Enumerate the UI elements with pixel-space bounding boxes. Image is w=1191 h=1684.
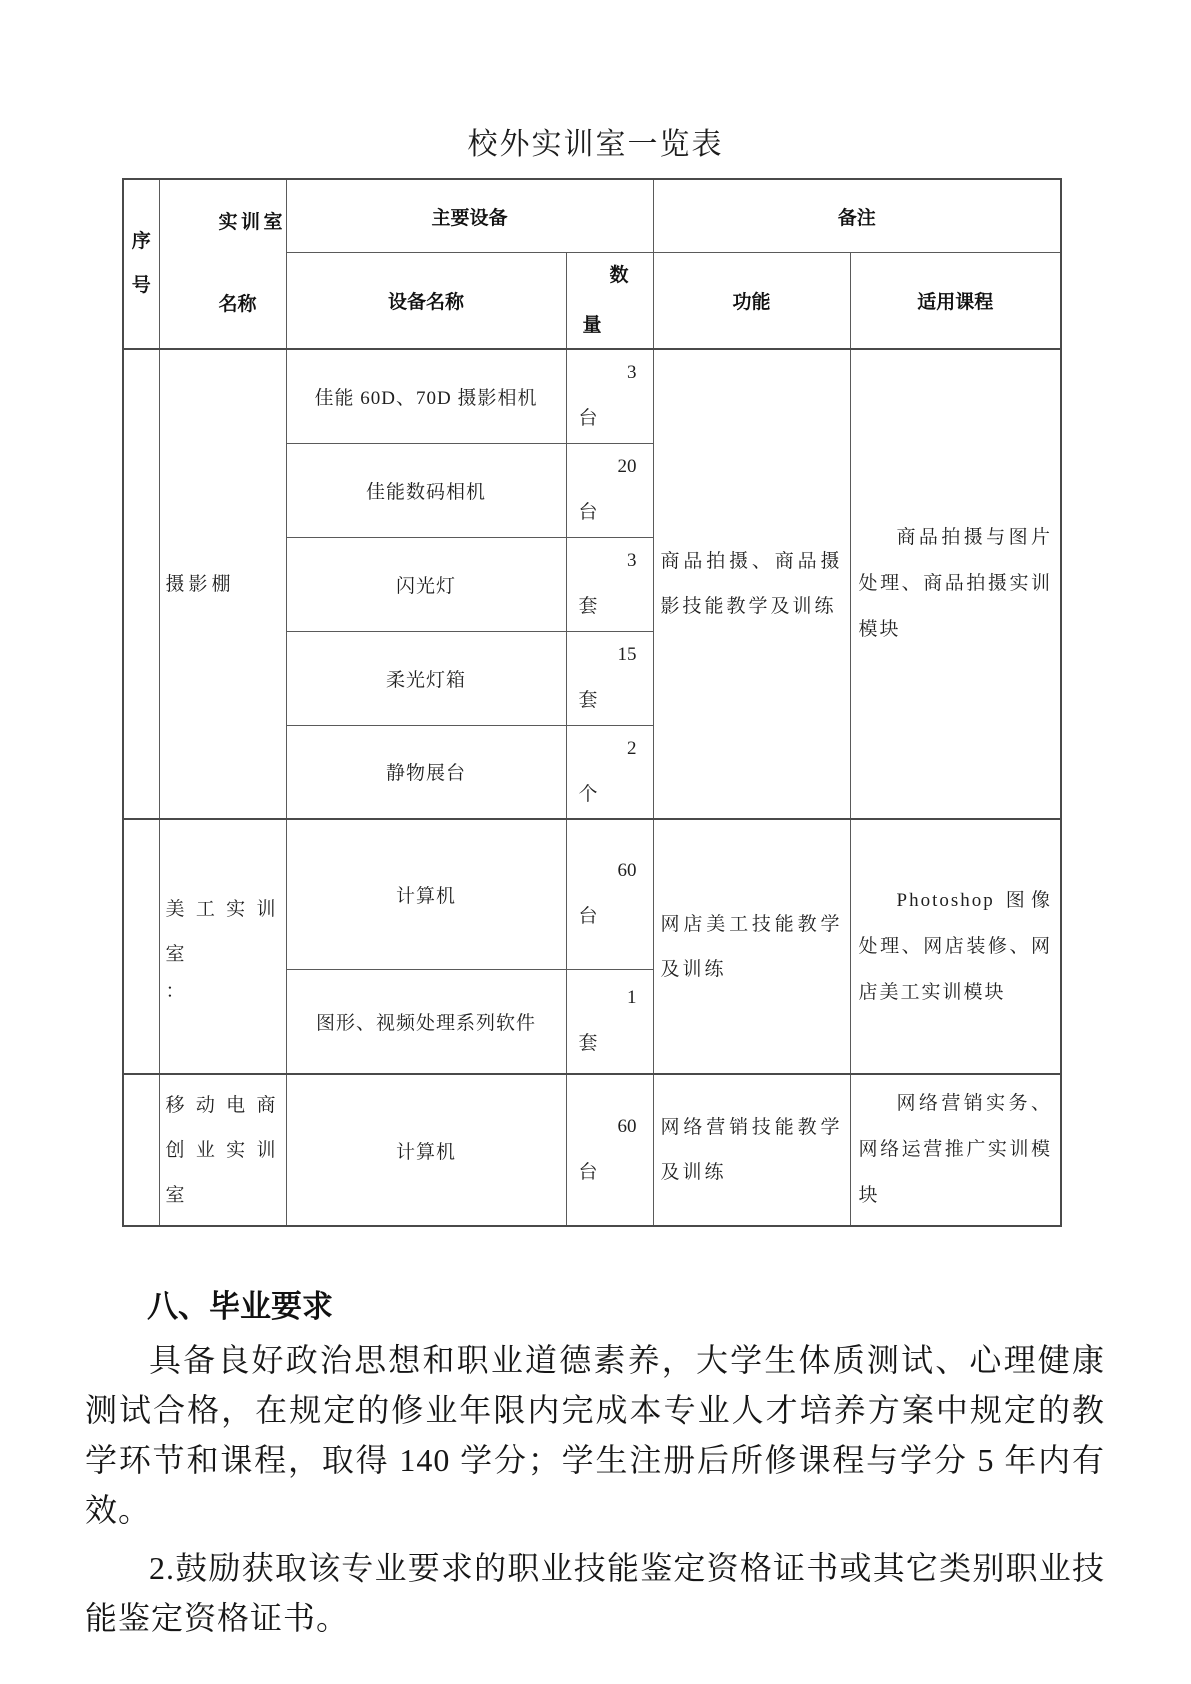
- quantity-cell: 60台: [566, 1074, 653, 1226]
- header-cell-remark: 备注: [653, 179, 1061, 253]
- quantity-number: 20: [567, 457, 653, 477]
- table-title: 校外实训室一览表: [0, 0, 1191, 162]
- document-page: 校外实训室一览表 序号 实训室名称 主要设备 备注 设备名称 数 量 功能 适用…: [0, 0, 1191, 1684]
- equipment-name-cell: 佳能 60D、70D 摄影相机: [286, 349, 566, 443]
- equipment-name-cell: 计算机: [286, 819, 566, 969]
- quantity-cell: 15套: [566, 631, 653, 725]
- body-paragraph-1: 具备良好政治思想和职业道德素养，大学生体质测试、心理健康测试合格，在规定的修业年…: [85, 1335, 1105, 1535]
- header-cell-applicable-courses: 适用课程: [850, 253, 1061, 349]
- table-row: 美工实训室： 计算机 60台 网店美工技能教学及训练 Photoshop 图像处…: [123, 819, 1061, 969]
- equipment-name-cell: 图形、视频处理系列软件: [286, 969, 566, 1074]
- body-paragraph-2: 2.鼓励获取该专业要求的职业技能鉴定资格证书或其它类别职业技能鉴定资格证书。: [85, 1543, 1105, 1643]
- index-cell: [123, 1074, 159, 1226]
- room-name: 美工实训室: [166, 899, 280, 965]
- equipment-name-cell: 计算机: [286, 1074, 566, 1226]
- quantity-unit: 台: [567, 503, 653, 523]
- table-row: 摄影棚 佳能 60D、70D 摄影相机 3台 商品拍摄、商品摄影技能教学及训练 …: [123, 349, 1061, 443]
- table-header-row-1: 序号 实训室名称 主要设备 备注: [123, 179, 1061, 253]
- quantity-number: 3: [567, 551, 653, 571]
- quantity-unit: 台: [567, 1163, 653, 1183]
- quantity-number: 3: [567, 363, 653, 383]
- quantity-cell: 2个: [566, 725, 653, 819]
- quantity-cell: 1套: [566, 969, 653, 1074]
- header-index-label: 序号: [129, 220, 153, 308]
- header-quantity-char-2: 量: [567, 315, 653, 337]
- quantity-unit: 套: [567, 1034, 653, 1054]
- header-cell-quantity: 数 量: [566, 253, 653, 349]
- room-name-cell: 摄影棚: [159, 349, 286, 819]
- quantity-number: 60: [567, 861, 653, 881]
- function-cell: 网店美工技能教学及训练: [653, 819, 850, 1074]
- quantity-cell: 20台: [566, 443, 653, 537]
- room-name-suffix: ：: [166, 977, 280, 1007]
- equipment-name-cell: 闪光灯: [286, 537, 566, 631]
- equipment-name-cell: 静物展台: [286, 725, 566, 819]
- room-name-cell: 美工实训室：: [159, 819, 286, 1074]
- header-cell-function: 功能: [653, 253, 850, 349]
- quantity-cell: 3台: [566, 349, 653, 443]
- header-quantity-char-1: 数: [567, 265, 653, 287]
- header-cell-room-name: 实训室名称: [159, 179, 286, 349]
- courses-cell: Photoshop 图像处理、网店装修、网店美工实训模块: [850, 819, 1061, 1074]
- quantity-number: 60: [567, 1117, 653, 1137]
- header-cell-equipment-name: 设备名称: [286, 253, 566, 349]
- quantity-number: 15: [567, 645, 653, 665]
- quantity-unit: 台: [567, 907, 653, 927]
- quantity-number: 1: [567, 988, 653, 1008]
- quantity-unit: 套: [567, 597, 653, 617]
- section-heading: 八、毕业要求: [85, 1287, 1105, 1327]
- courses-cell: 网络营销实务、网络运营推广实训模块: [850, 1074, 1061, 1226]
- function-cell: 商品拍摄、商品摄影技能教学及训练: [653, 349, 850, 819]
- quantity-unit: 个: [567, 785, 653, 805]
- quantity-unit: 套: [567, 691, 653, 711]
- table-row: 移动电商创业实训室 计算机 60台 网络营销技能教学及训练 网络营销实务、网络运…: [123, 1074, 1061, 1226]
- header-cell-main-equipment: 主要设备: [286, 179, 653, 253]
- quantity-number: 2: [567, 739, 653, 759]
- room-name: 摄影棚: [166, 574, 235, 595]
- equipment-name-cell: 柔光灯箱: [286, 631, 566, 725]
- courses-cell: 商品拍摄与图片处理、商品拍摄实训模块: [850, 349, 1061, 819]
- index-cell: [123, 819, 159, 1074]
- room-name-cell: 移动电商创业实训室: [159, 1074, 286, 1226]
- room-name: 移动电商创业实训室: [166, 1095, 280, 1206]
- header-cell-index: 序号: [123, 179, 159, 349]
- quantity-unit: 台: [567, 409, 653, 429]
- index-cell: [123, 349, 159, 819]
- function-cell: 网络营销技能教学及训练: [653, 1074, 850, 1226]
- quantity-cell: 3套: [566, 537, 653, 631]
- equipment-name-cell: 佳能数码相机: [286, 443, 566, 537]
- training-room-table: 序号 实训室名称 主要设备 备注 设备名称 数 量 功能 适用课程 摄影棚 佳能…: [122, 178, 1062, 1227]
- header-room-name-label: 实训室名称: [219, 182, 283, 346]
- quantity-cell: 60台: [566, 819, 653, 969]
